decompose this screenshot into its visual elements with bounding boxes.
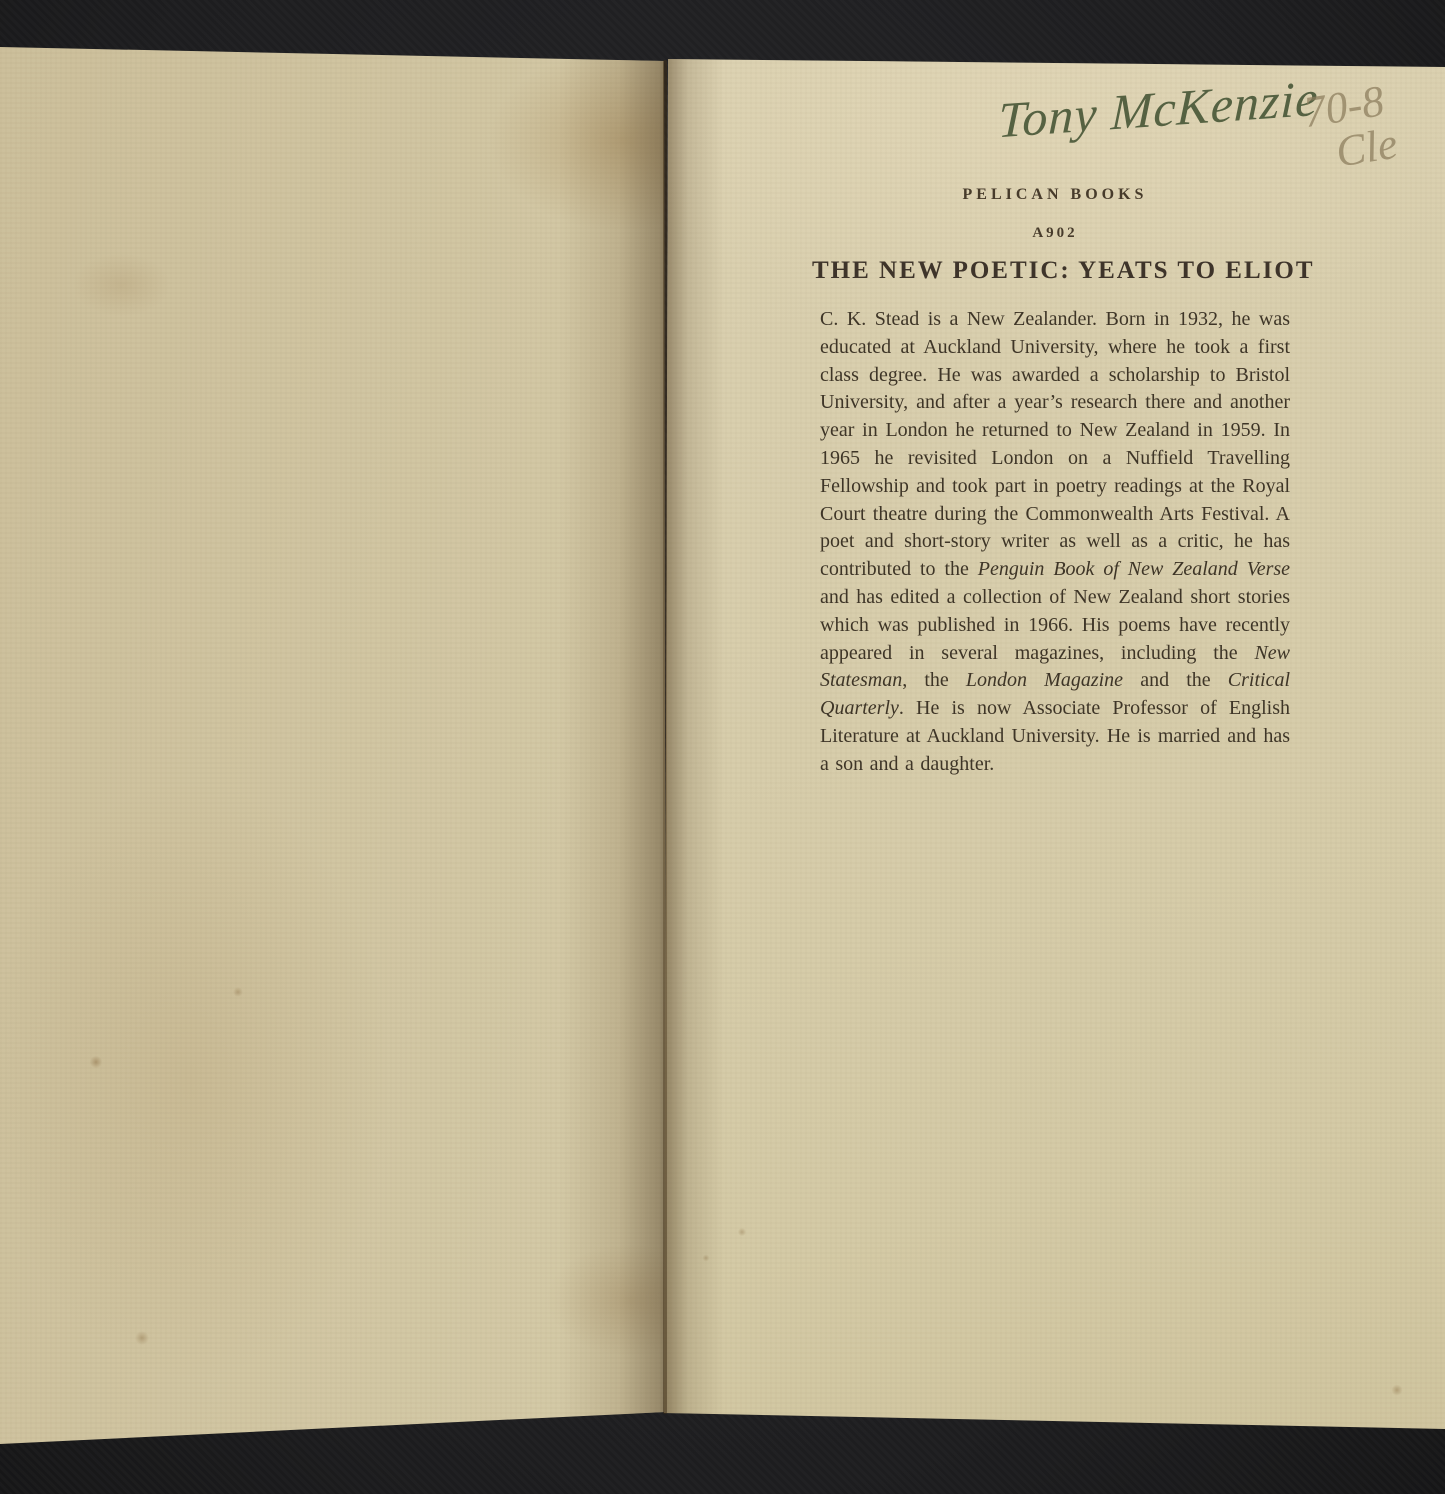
publisher-line: PELICAN BOOKS bbox=[820, 186, 1290, 204]
bio-segment: , the bbox=[902, 669, 966, 691]
book-spine-fold bbox=[663, 60, 667, 1414]
printed-text-block: PELICAN BOOKS A902 THE NEW POETIC: YEATS… bbox=[820, 186, 1290, 779]
bio-segment: London Magazine bbox=[966, 669, 1123, 691]
right-gutter-shadow bbox=[664, 0, 724, 1494]
bio-segment: Penguin Book of New Zealand Verse bbox=[978, 558, 1290, 580]
left-gutter-shadow bbox=[560, 0, 668, 1494]
bio-segment: and the bbox=[1123, 669, 1228, 691]
book-photo-scene: Tony McKenzie 70-8 Cle PELICAN BOOKS A90… bbox=[0, 0, 1445, 1494]
catalog-number: A902 bbox=[820, 225, 1290, 242]
bio-segment: C. K. Stead is a New Zealander. Born in … bbox=[820, 308, 1290, 580]
author-bio: C. K. Stead is a New Zealander. Born in … bbox=[820, 306, 1290, 779]
book-title: THE NEW POETIC: YEATS TO ELIOT bbox=[812, 257, 1282, 285]
bio-segment: and has edited a collection of New Zeala… bbox=[820, 586, 1290, 664]
